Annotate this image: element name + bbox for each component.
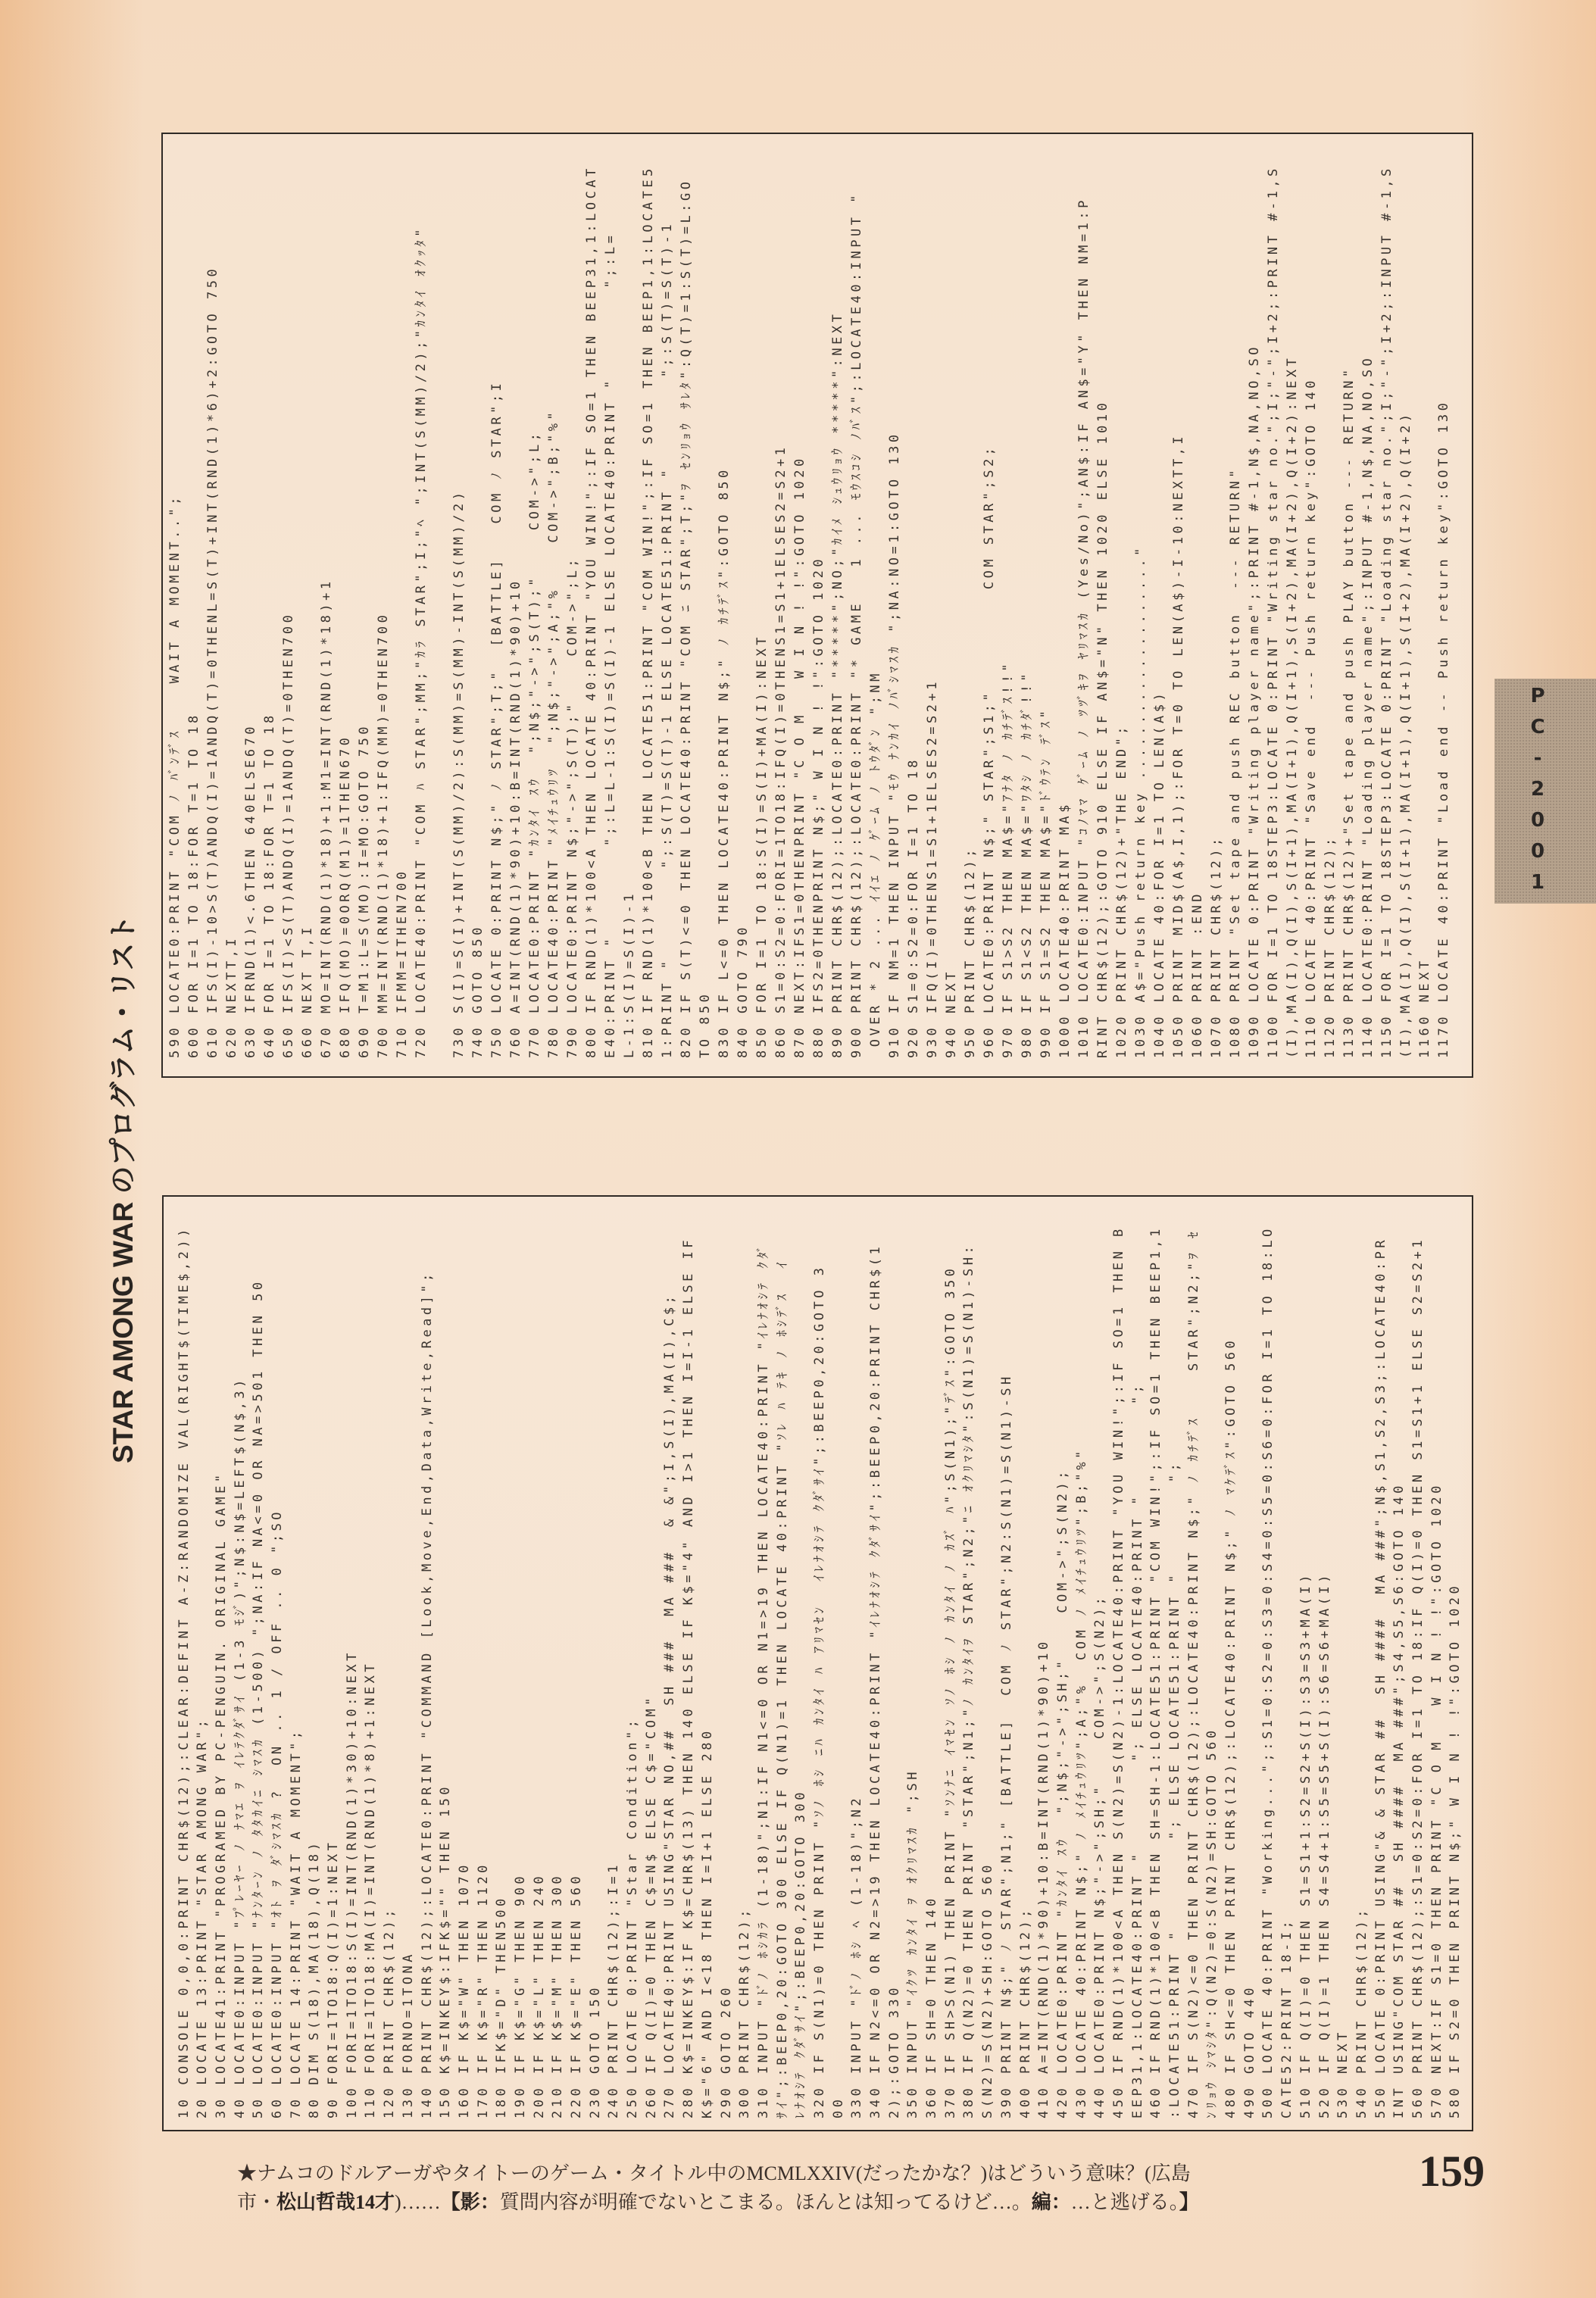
listing-line: 990 IF S1=S2 THEN MA$="ﾄﾞｳﾃﾝ ﾃﾞｽ" bbox=[1037, 134, 1056, 1058]
program-listing-lower-block: 10 CONSOLE 0,0,0:PRINT CHR$(12);:CLEAR:D… bbox=[162, 1195, 1473, 2131]
listing-line: 160 IF K$="W" THEN 1070 bbox=[455, 1197, 474, 2118]
listing-line: 570 NEXT:IF S1=0 THEN PRINT "C O M W I N… bbox=[1428, 1197, 1447, 2118]
listing-line: 300 PRINT CHR$(12); bbox=[736, 1197, 754, 2118]
listing-line: 860 S1=0:S2=0:FORI=1TO18:IFQ(I)=0THENS1=… bbox=[772, 134, 791, 1058]
listing-line: 190 IF K$="G" THEN 900 bbox=[511, 1197, 530, 2118]
listing-line: (I),MA(I),Q(I),S(I+1),MA(I+1),Q(I+1),S(I… bbox=[1397, 134, 1416, 1058]
listing-line: 370 IF SH>S(N1) THEN PRINT "ｿﾝﾅﾆ ｲﾏｾﾝ ｿﾉ… bbox=[942, 1197, 960, 2118]
listing-line: :LOCATE51:PRINT " "; ELSE LOCATE51:PRINT… bbox=[1166, 1197, 1185, 2118]
listing-line: 950 PRINT CHR$(12); bbox=[961, 134, 980, 1058]
listing-line: 1050 PRINT MID$(A$,I,1);:FOR T=0 TO LEN(… bbox=[1170, 134, 1188, 1058]
listing-line: 560 PRINT CHR$(12);:S1=0:S2=0:FOR I=1 TO… bbox=[1409, 1197, 1428, 2118]
listing-line: 850 FOR I=1 TO 18:S(I)=S(I)+MA(I):NEXT bbox=[753, 134, 772, 1058]
listing-line: 20 LOCATE 13:PRINT "STAR AMONG WAR"; bbox=[193, 1197, 212, 2118]
caption-line-1: ★ナムコのドルアーガやタイトーのゲーム・タイトル中のMCMLXXIV(だったかな… bbox=[237, 2159, 1199, 2188]
listing-line: 220 IF K$="E" THEN 560 bbox=[567, 1197, 586, 2118]
listing-line: 870 NEXT:IFS1=0THENPRINT "C O M W I N ! … bbox=[791, 134, 810, 1058]
listing-line: 970 IF S1>S2 THEN MA$="ｱﾅﾀ ﾉ ｶﾁﾃﾞｽ!!" bbox=[999, 134, 1018, 1058]
listing-line: S(N2)=S(N2)+SH:GOTO 560 bbox=[979, 1197, 998, 2118]
listing-line: 640 FOR I=1 TO 18:FOR T=1 TO 18 bbox=[261, 134, 280, 1058]
listing-line: 590 LOCATE0:PRINT "COM ﾉ ﾊﾞﾝﾃﾞｽ WAIT A M… bbox=[166, 134, 185, 1058]
listing-lines-upper: 590 LOCATE0:PRINT "COM ﾉ ﾊﾞﾝﾃﾞｽ WAIT A M… bbox=[163, 134, 1472, 1076]
listing-line: K$="6" AND I<18 THEN I=I+1 ELSE 280 bbox=[698, 1197, 717, 2118]
listing-line: 600 FOR I=1 TO 18:FOR T=1 TO 18 bbox=[185, 134, 204, 1058]
caption-reply-label: 【影： bbox=[441, 2191, 500, 2213]
listing-line: 580 IF S2=0 THEN PRINT N$;" W I N ! !":G… bbox=[1446, 1197, 1465, 2118]
caption-question-text: ナムコのドルアーガやタイトーのゲーム・タイトル中のMCMLXXIV(だったかな？… bbox=[257, 2162, 1191, 2184]
listing-line: 2);:GOTO 330 bbox=[885, 1197, 904, 2118]
listing-line: 510 IF Q(I)=0 THEN S1=S1+1:S2=S2+S(I):S3… bbox=[1297, 1197, 1316, 2118]
listing-line: 30 LOCATE41:PRINT "PROGRAMED BY PC-PENGU… bbox=[212, 1197, 231, 2118]
listing-line: 1090 LOCATE 0:PRINT "Writing player name… bbox=[1245, 134, 1264, 1058]
listing-line: CATE52:PRINT 18-I; bbox=[1278, 1197, 1297, 2118]
listing-line: 50 LOCATE0:INPUT "ﾅﾝﾀｰﾝ ﾉ ﾀﾀｶｲﾆ ｼﾏｽｶ (1-… bbox=[249, 1197, 268, 2118]
listing-line: 750 LOCATE 0:PRINT N$;" ﾉ STAR";T;" [BAT… bbox=[488, 134, 507, 1058]
listing-line: 700 MM=INT(RND(1)*18)+1:IFQ(MM)=0THEN700 bbox=[374, 134, 393, 1058]
listing-line: 890 PRINT CHR$(12);:LOCATE0:PRINT "*****… bbox=[829, 134, 848, 1058]
listing-line: 810 IF RND(1)*100<B THEN LOCATE51:PRINT … bbox=[639, 134, 658, 1058]
listing-line: 180 IFK$="D" THEN500 bbox=[492, 1197, 511, 2118]
listing-title-text: STAR AMONG WAR のプログラム・リスト bbox=[108, 871, 139, 1469]
listing-line: 1:PRINT " ";:S(T)=S(T)-1 ELSE LOCATE51:P… bbox=[658, 134, 677, 1058]
listing-line: 200 IF K$="L" THEN 240 bbox=[530, 1197, 549, 2118]
listing-line: 960 LOCATE0:PRINT N$;" STAR";S1;" COM ST… bbox=[980, 134, 999, 1058]
listing-line: 840 GOTO 790 bbox=[734, 134, 753, 1058]
listing-line: 980 IF S1<S2 THEN MA$="ﾜﾀｼ ﾉ ｶﾁﾀﾞ!!" bbox=[1018, 134, 1037, 1058]
listing-line: 240 PRINT CHR$(12);:I=1 bbox=[604, 1197, 623, 2118]
listing-line: 710 IFMM=ITHEN700 bbox=[393, 134, 412, 1058]
listing-line: 230 GOTO 150 bbox=[586, 1197, 605, 2118]
listing-line: 210 IF K$="M" THEN 300 bbox=[548, 1197, 567, 2118]
listing-line: 390 PRINT N$;" ﾉ STAR";N1;" [BATTLE] COM… bbox=[998, 1197, 1017, 2118]
listing-line: 610 IFS(I)-10>S(T)ANDQ(I)=1ANDQ(T)=0THEN… bbox=[204, 134, 223, 1058]
program-listing-upper-block: 590 LOCATE0:PRINT "COM ﾉ ﾊﾞﾝﾃﾞｽ WAIT A M… bbox=[161, 133, 1473, 1078]
listing-line: 170 IF K$="R" THEN 1120 bbox=[474, 1197, 493, 2118]
listing-line: 1170 LOCATE 40:PRINT "Load end -- Push r… bbox=[1435, 134, 1454, 1058]
listing-line: 1000 LOCATE40:PRINT MA$ bbox=[1056, 134, 1075, 1058]
listing-line: (I),MA(I),Q(I),S(I+1),MA(I+1),Q(I+1),S(I… bbox=[1283, 134, 1302, 1058]
section-tab-label: PC-2001 bbox=[1526, 685, 1549, 902]
listing-line: 100 FORI=1TO18:S(I)=INT(RND(1)*30)+10:NE… bbox=[343, 1197, 362, 2118]
listing-line: 1030 A$="Push return key ...............… bbox=[1132, 134, 1151, 1058]
listing-line: 770 LOCATE0:PRINT "ｶﾝﾀｲ ｽｳ ";N$;"->";S(T… bbox=[526, 134, 545, 1058]
listing-line: 310 INPUT "ﾄﾞﾉ ﾎｼｶﾗ (1-18)";N1:IF N1<=0 … bbox=[754, 1197, 773, 2118]
listing-line: 350 INPUT "ｲｸﾂ ｶﾝﾀｲ ｦ ｵｸﾘﾏｽｶ ";SH bbox=[904, 1197, 923, 2118]
listing-line: 1160 NEXT bbox=[1416, 134, 1435, 1058]
listing-line: 930 IFQ(I)=0THENS1=S1+1ELSES2=S2+1 bbox=[923, 134, 942, 1058]
listing-line: 380 IF Q(N2)=0 THEN PRINT "STAR";N1;"ﾉ ｶ… bbox=[960, 1197, 979, 2118]
listing-line: 150 K$=INKEY$:IFK$="" THEN 150 bbox=[436, 1197, 455, 2118]
caption-ellipsis: )…… bbox=[395, 2191, 441, 2213]
listing-line: 830 IF L<=0 THEN LOCATE40:PRINT N$;" ﾉ ｶ… bbox=[715, 134, 734, 1058]
listing-line: 260 IF Q(I)=0 THEN C$=N$ ELSE C$="COM" bbox=[642, 1197, 661, 2118]
listing-line: 400 PRINT CHR$(12); bbox=[1017, 1197, 1035, 2118]
listing-line: 480 IF SH<=0 THEN PRINT CHR$(12);:LOCATE… bbox=[1222, 1197, 1241, 2118]
listing-line: 630 IFRND(1)<.6THEN 640ELSE670 bbox=[242, 134, 261, 1058]
listing-line: 1150 FOR I=1 TO 18STEP3:LOCATE 0:PRINT "… bbox=[1378, 134, 1397, 1058]
listing-line: 900 PRINT CHR$(12);:LOCATE0:PRINT "* GAM… bbox=[848, 134, 867, 1058]
listing-line: 720 LOCATE40:PRINT "COM ﾊ STAR";MM;"ｶﾗ S… bbox=[412, 134, 431, 1058]
listing-line: TO 850 bbox=[696, 134, 715, 1058]
listing-line: 430 LOCATE 40:PRINT N$;" ﾉ ﾒｲﾁｭｳﾘﾂ";A;"%… bbox=[1073, 1197, 1092, 2118]
listing-line: 360 IF SH=0 THEN 140 bbox=[923, 1197, 942, 2118]
listing-line: 250 LOCATE 0:PRINT "Star Condition"; bbox=[623, 1197, 642, 2118]
listing-line: 730 S(I)=S(I)+INT(S(MM)/2):S(MM)=S(MM)-I… bbox=[450, 134, 469, 1058]
listing-line: 520 IF Q(I)=1 THEN S4=S4+1:S5=S5+S(I):S6… bbox=[1316, 1197, 1335, 2118]
caption-line-2: 市・松山哲哉14才)……【影：質問内容が明確でないとこまる。ほんとは知ってるけど… bbox=[237, 2188, 1199, 2217]
listing-line: 1020 PRINT CHR$(12)+"THE END"; bbox=[1113, 134, 1132, 1058]
listing-line: 680 IFQ(MO)=0ORQ(M1)=1THEN670 bbox=[336, 134, 355, 1058]
listing-line bbox=[431, 134, 450, 1058]
listing-line: 780 LOCATE40:PRINT "ﾒｲﾁｭｳﾘﾂ ";N$;"->";A;… bbox=[545, 134, 564, 1058]
listing-line: ｻｲ";:BEEP0,20:GOTO 300 ELSE IF Q(N1)=1 T… bbox=[773, 1197, 792, 2118]
listing-line: 130 FORNO=1TONA bbox=[399, 1197, 418, 2118]
listing-line: 800 IF RND(1)*100<A THEN LOCATE 40:PRINT… bbox=[582, 134, 601, 1058]
listing-line: 10 CONSOLE 0,0,0:PRINT CHR$(12);:CLEAR:D… bbox=[175, 1197, 194, 2118]
listing-line: 280 K$=INKEY$:IF K$=CHR$(13) THEN 140 EL… bbox=[679, 1197, 698, 2118]
listing-line: 420 LOCATE0:PRINT "ｶﾝﾀｲ ｽｳ ";N$;"->";SH;… bbox=[1054, 1197, 1073, 2118]
listing-line: ﾝﾘｮｳ ｼﾏｼﾀ":Q(N2)=0:S(N2)=SH:GOTO 560 bbox=[1203, 1197, 1222, 2118]
listing-line: 1040 LOCATE 40:FOR I=1 TO LEN(A$) bbox=[1151, 134, 1170, 1058]
listing-line: ﾚﾅｵｼﾃ ｸﾀﾞｻｲ";:BEEP0,20:GOTO 300 bbox=[792, 1197, 810, 2118]
listing-line: 940 NEXT bbox=[942, 134, 961, 1058]
listing-line: 340 IF N2<=0 OR N2=>19 THEN LOCATE40:PRI… bbox=[867, 1197, 885, 2118]
listing-line: 470 IF S(N2)<=0 THEN PRINT CHR$(12);:LOC… bbox=[1185, 1197, 1204, 2118]
listing-line: 1080 PRINT "Set tape and push REC button… bbox=[1226, 134, 1245, 1058]
listing-line: 40 LOCATE0:INPUT "ﾌﾟﾚｰﾔｰ ﾉ ﾅﾏｴ ｦ ｲﾚﾃｸﾀﾞｻ… bbox=[231, 1197, 250, 2118]
listing-line: 440 LOCATE0:PRINT N$;"->";SH;" COM->";S(… bbox=[1091, 1197, 1110, 2118]
listing-line: 530 NEXT bbox=[1334, 1197, 1353, 2118]
reader-question-caption: ★ナムコのドルアーガやタイトーのゲーム・タイトル中のMCMLXXIV(だったかな… bbox=[237, 2159, 1199, 2217]
page-number: 159 bbox=[1419, 2150, 1485, 2193]
caption-close-bracket: 】 bbox=[1179, 2191, 1199, 2213]
listing-line: 690 T=M1:L=S(MO):I=MO:GOTO 750 bbox=[355, 134, 374, 1058]
listing-line: 1130 PRINT CHR$(12)+"Set tape and push P… bbox=[1340, 134, 1359, 1058]
listing-line: 620 NEXTT,I bbox=[223, 134, 242, 1058]
listing-line: 110 FORI=1TO18:MA(I)=INT(RND(1)*8)+1:NEX… bbox=[361, 1197, 380, 2118]
listing-line: 540 PRINT CHR$(12); bbox=[1353, 1197, 1372, 2118]
listing-line: 500 LOCATE 40:PRINT "Working...";:S1=0:S… bbox=[1259, 1197, 1278, 2118]
listing-line: 450 IF RND(1)*100<A THEN S(N2)=S(N2)-1:L… bbox=[1110, 1197, 1129, 2118]
listing-line: 790 LOCATE0:PRINT N$;"->";S(T);" COM->";… bbox=[564, 134, 582, 1058]
listing-line: 550 LOCATE 0:PRINT USING"& & STAR ## SH … bbox=[1372, 1197, 1391, 2118]
section-tab: PC-2001 bbox=[1494, 679, 1596, 904]
caption-reply-text: 質問内容が明確でないとこまる。ほんとは知ってるけど…。 bbox=[500, 2191, 1032, 2213]
listing-title: STAR AMONG WAR のプログラム・リスト bbox=[108, 871, 139, 1469]
listing-line: 1070 PRINT CHR$(12); bbox=[1207, 134, 1226, 1058]
listing-line: OVER * 2 ... ｲｲｴ ﾉ ｹﾞｰﾑ ﾉ ﾄｳﾀﾞﾝ ";NM bbox=[867, 134, 885, 1058]
listing-line: 460 IF RND(1)*100<B THEN SH=SH-1:LOCATE5… bbox=[1147, 1197, 1166, 2118]
listing-line: 760 A=INT(RND(1)*90)+10:B=INT(RND(1)*90)… bbox=[507, 134, 526, 1058]
caption-editor-text: …と逃げる。 bbox=[1071, 2191, 1179, 2213]
listing-line: 1100 FOR I=1 TO 18STEP3:LOCATE 0:PRINT "… bbox=[1264, 134, 1283, 1058]
listing-line: 740 GOTO 850 bbox=[469, 134, 488, 1058]
caption-author: 松山哲哉14才 bbox=[276, 2191, 395, 2213]
listing-line: E40:PRINT " ";:L=L-1:S(I)=S(I)-1 ELSE LO… bbox=[601, 134, 620, 1058]
caption-location: 市・ bbox=[237, 2191, 276, 2213]
caption-editor-label: 編： bbox=[1032, 2191, 1071, 2213]
listing-line: 910 IF NM=1 THEN INPUT "ﾓｳ ﾅﾝｶｲ ﾉﾊﾞｼﾏｽｶ … bbox=[885, 134, 904, 1058]
listing-line: 410 A=INT(RND(1)*90)+10:B=INT(RND(1)*90)… bbox=[1035, 1197, 1054, 2118]
listing-line: 120 PRINT CHR$(12); bbox=[380, 1197, 399, 2118]
listing-line: RINT CHR$(12);:GOTO 910 ELSE IF AN$="N" … bbox=[1094, 134, 1113, 1058]
listing-line: 1120 PRINT CHR$(12); bbox=[1321, 134, 1340, 1058]
listing-line: 290 GOTO 260 bbox=[717, 1197, 736, 2118]
listing-line: 660 NEXT T,I bbox=[298, 134, 317, 1058]
listing-line: 70 LOCATE 14:PRINT "WAIT A MOMENT"; bbox=[287, 1197, 306, 2118]
listing-line: 650 IFS(I)<S(T)ANDQ(I)=1ANDQ(T)=0THEN700 bbox=[280, 134, 298, 1058]
star-bullet-icon: ★ bbox=[237, 2162, 257, 2184]
listing-line: 1010 LOCATE0:INPUT "ｺﾉﾏﾏ ｹﾞｰﾑ ﾉ ﾂﾂﾞｷｦ ﾔﾘ… bbox=[1075, 134, 1094, 1058]
listing-line: 1060 PRINT :END bbox=[1188, 134, 1207, 1058]
listing-line: 670 MO=INT(RND(1)*18)+1:M1=INT(RND(1)*18… bbox=[317, 134, 336, 1058]
listing-line: 00 bbox=[829, 1197, 848, 2118]
listing-line: 140 PRINT CHR$(12);:LOCATE0:PRINT "COMMA… bbox=[418, 1197, 437, 2118]
listing-line: EEP31,1:LOCATE40:PRINT " "; ELSE LOCATE4… bbox=[1129, 1197, 1148, 2118]
listing-line: 330 INPUT "ﾄﾞﾉ ﾎｼ ﾍ (1-18)";N2 bbox=[848, 1197, 867, 2118]
listing-lines-lower: 10 CONSOLE 0,0,0:PRINT CHR$(12);:CLEAR:D… bbox=[164, 1197, 1472, 2130]
listing-line: 80 DIM S(18),MA(18),Q(18) bbox=[305, 1197, 324, 2118]
listing-line: 90 FORI=1TO18:Q(I)=1:NEXT bbox=[324, 1197, 343, 2118]
listing-line: 920 S1=0:S2=0:FOR I=1 TO 18 bbox=[904, 134, 923, 1058]
listing-line: 320 IF S(N1)=0 THEN PRINT "ｿﾉ ﾎｼ ﾆﾊ ｶﾝﾀｲ… bbox=[810, 1197, 829, 2118]
listing-line: 490 GOTO 440 bbox=[1241, 1197, 1260, 2118]
listing-line: 1140 LOCATE0:PRINT "Loading player name"… bbox=[1359, 134, 1378, 1058]
listing-line: 820 IF S(T)<=0 THEN LOCATE40:PRINT "COM … bbox=[677, 134, 696, 1058]
listing-line: 880 IFS2=0THENPRINT N$;" W I N ! !":GOTO… bbox=[810, 134, 829, 1058]
listing-line: 1110 LOCATE 40:PRINT "Save end --- Push … bbox=[1302, 134, 1321, 1058]
listing-line: INT USING"COM STAR ## SH #### MA ###";S4… bbox=[1390, 1197, 1409, 2118]
listing-line: L-1:S(I)=S(I)-1 bbox=[620, 134, 639, 1058]
listing-line: 270 LOCATE40:PRINT USING"STAR NO,## SH #… bbox=[661, 1197, 679, 2118]
listing-line: 60 LOCATE0:INPUT "ｵﾄ ｦ ﾀﾞｼﾏｽｶ ? ON .. 1 … bbox=[268, 1197, 287, 2118]
